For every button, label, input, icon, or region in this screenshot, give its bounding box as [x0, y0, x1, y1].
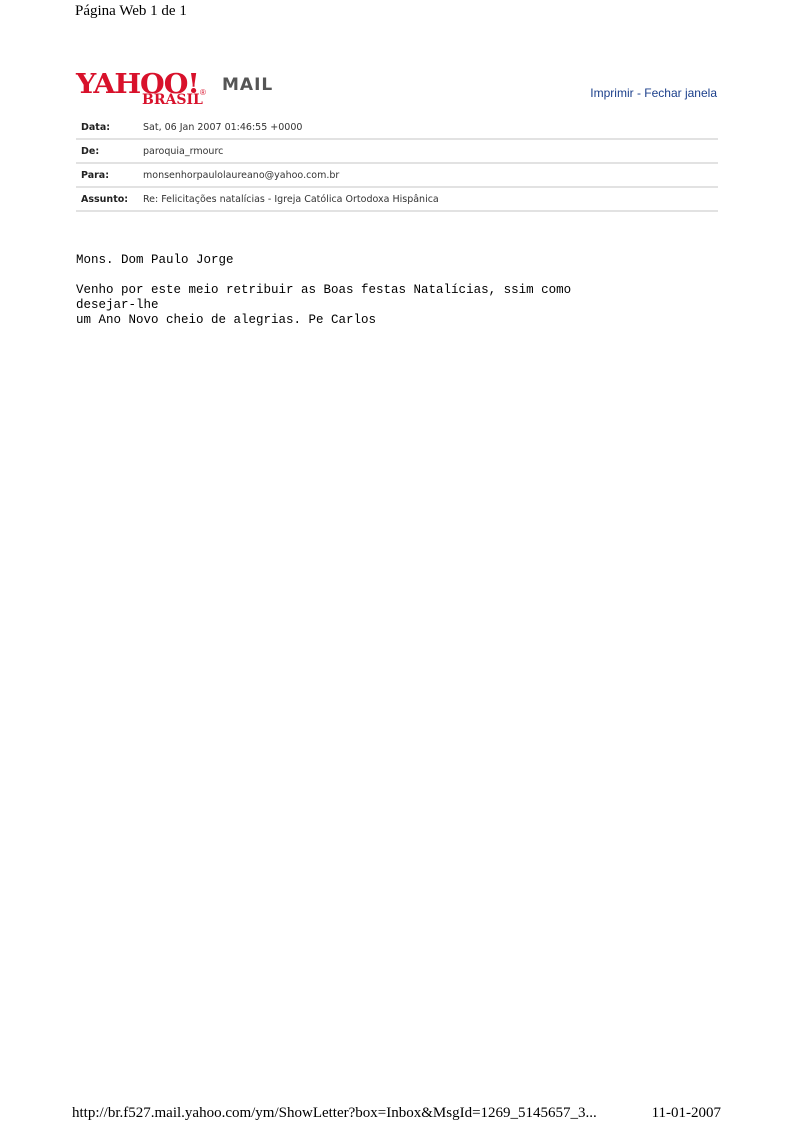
header-label: Assunto:: [76, 194, 143, 205]
message-body: Mons. Dom Paulo Jorge Venho por este mei…: [76, 253, 676, 328]
logo-mail-text: MAIL: [222, 75, 273, 95]
header-row-date: Data: Sat, 06 Jan 2007 01:46:55 +0000: [76, 116, 718, 140]
header-row-subject: Assunto: Re: Felicitações natalícias - I…: [76, 188, 718, 212]
header-value: monsenhorpaulolaureano@yahoo.com.br: [143, 170, 339, 181]
message-actions: Imprimir - Fechar janela: [590, 86, 717, 100]
print-page-header: Página Web 1 de 1: [75, 3, 187, 20]
header-label: De:: [76, 146, 143, 157]
header-label: Data:: [76, 122, 143, 133]
print-footer-date: 11-01-2007: [652, 1105, 721, 1122]
header-row-from: De: paroquia_rmourc: [76, 140, 718, 164]
yahoo-mail-logo: YAHOO! ® BRASIL MAIL: [76, 70, 276, 112]
close-window-link[interactable]: Fechar janela: [644, 86, 717, 100]
print-footer-url: http://br.f527.mail.yahoo.com/ym/ShowLet…: [72, 1105, 597, 1122]
header-row-to: Para: monsenhorpaulolaureano@yahoo.com.b…: [76, 164, 718, 188]
actions-separator: -: [634, 86, 645, 100]
header-value: Re: Felicitações natalícias - Igreja Cat…: [143, 194, 439, 205]
message-headers: Data: Sat, 06 Jan 2007 01:46:55 +0000 De…: [76, 116, 718, 212]
print-link[interactable]: Imprimir: [590, 86, 633, 100]
header-label: Para:: [76, 170, 143, 181]
header-value: paroquia_rmourc: [143, 146, 223, 157]
header-value: Sat, 06 Jan 2007 01:46:55 +0000: [143, 122, 302, 133]
logo-brasil-text: BRASIL: [142, 92, 203, 108]
